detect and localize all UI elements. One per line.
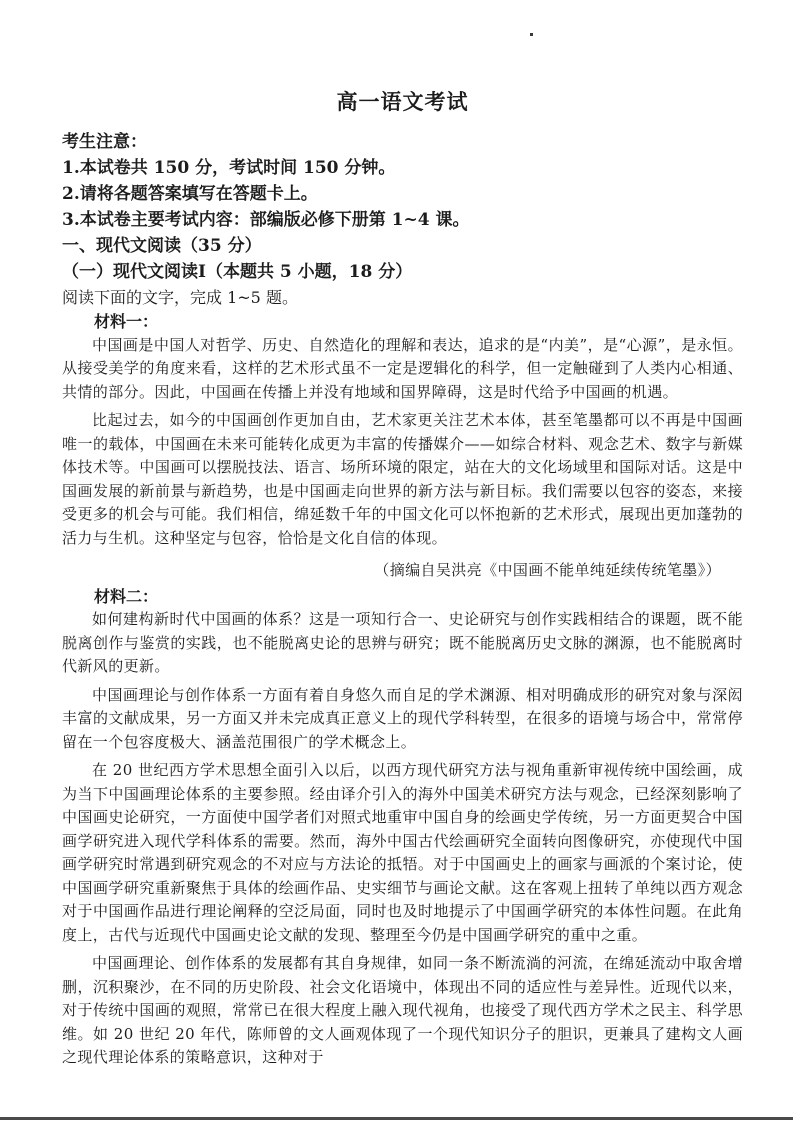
material2-paragraph-1: 如何建构新时代中国画的体系？这是一项知行合一、史论研究与创作实践相结合的课题，既…	[62, 608, 743, 679]
material2-paragraph-3: 在 20 世纪西方学术思想全面引入以后，以西方现代研究方法与视角重新审视传统中国…	[62, 759, 743, 947]
material1-paragraph-2: 比起过去，如今的中国画创作更加自由，艺术家更关注艺术本体，甚至笔墨都可以不再是中…	[62, 409, 743, 550]
reading-instruction: 阅读下面的文字，完成 1~5 题。	[62, 285, 743, 310]
page-content: 高一语文考试 考生注意： 1.本试卷共 150 分，考试时间 150 分钟。 2…	[62, 0, 743, 1070]
subsection-heading-reading-1: （一）现代文阅读Ⅰ（本题共 5 小题，18 分）	[62, 259, 743, 285]
notice-item-3: 3.本试卷主要考试内容：部编版必修下册第 1~4 课。	[62, 207, 743, 233]
material2-paragraph-2: 中国画理论与创作体系一方面有着自身悠久而自足的学术渊源、相对明确成形的研究对象与…	[62, 684, 743, 755]
notice-header: 考生注意：	[62, 129, 743, 155]
material2-paragraph-4: 中国画理论、创作体系的发展都有其自身规律，如同一条不断流淌的河流，在绵延流动中取…	[62, 952, 743, 1070]
material1-label: 材料一：	[62, 310, 743, 334]
page-title: 高一语文考试	[62, 88, 743, 116]
material1-paragraph-1: 中国画是中国人对哲学、历史、自然造化的理解和表达，追求的是“内美”，是“心源”，…	[62, 334, 743, 405]
exam-page: 高一语文考试 考生注意： 1.本试卷共 150 分，考试时间 150 分钟。 2…	[0, 0, 793, 1122]
section-heading-modern-reading: 一、现代文阅读（35 分）	[62, 233, 743, 259]
notice-item-2: 2.请将各题答案填写在答题卡上。	[62, 181, 743, 207]
material1-attribution: （摘编自吴洪亮《中国画不能单纯延续传统笔墨》）	[62, 559, 743, 583]
scan-footer-bar	[0, 1117, 793, 1120]
material2-label: 材料二：	[62, 585, 743, 609]
notice-item-1: 1.本试卷共 150 分，考试时间 150 分钟。	[62, 155, 743, 181]
